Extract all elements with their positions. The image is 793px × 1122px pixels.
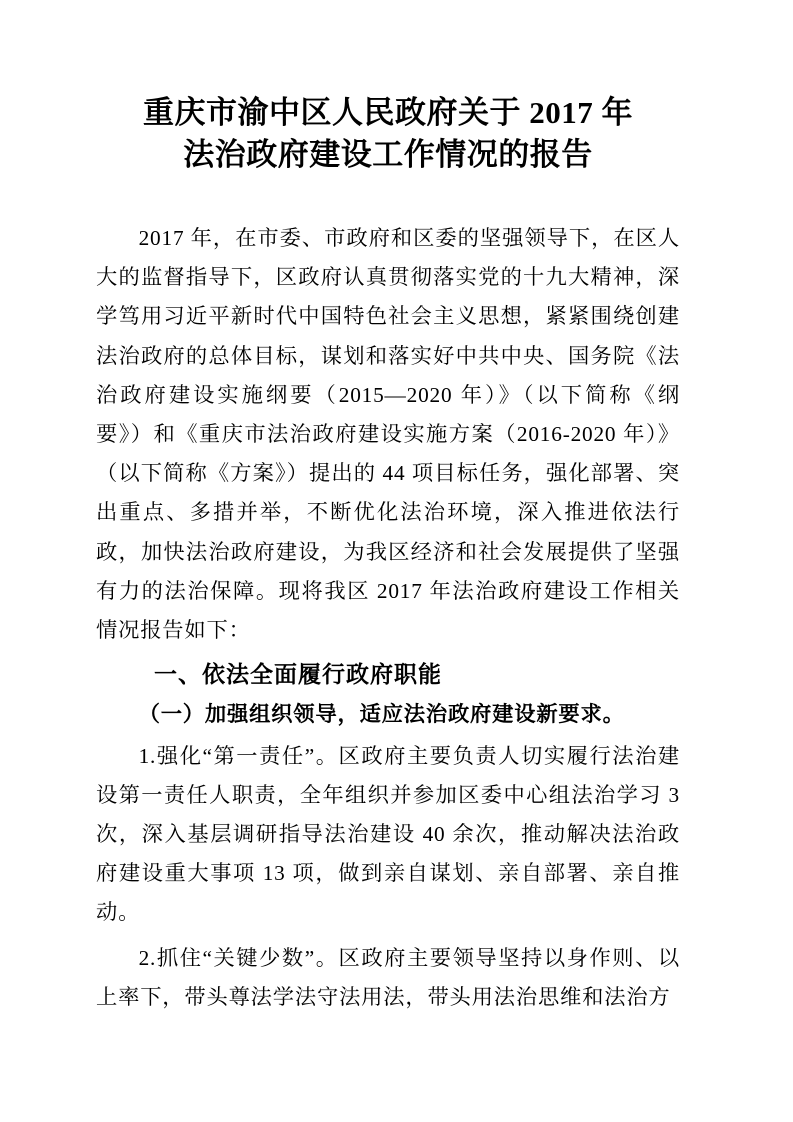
section-heading-1: 一、依法全面履行政府职能 <box>96 656 680 695</box>
document-page: 重庆市渝中区人民政府关于 2017 年 法治政府建设工作情况的报告 2017 年… <box>0 0 793 1122</box>
numbered-paragraph-2: 2.抓住“关键少数”。区政府主要领导坚持以身作则、以上率下，带头尊法学法守法用法… <box>96 939 680 1017</box>
subsection-heading-1: （一）加强组织领导，适应法治政府建设新要求。 <box>96 695 680 734</box>
document-body: 2017 年，在市委、市政府和区委的坚强领导下，在区人大的监督指导下，区政府认真… <box>96 219 680 1017</box>
title-line-1: 重庆市渝中区人民政府关于 2017 年 <box>96 92 680 134</box>
intro-paragraph: 2017 年，在市委、市政府和区委的坚强领导下，在区人大的监督指导下，区政府认真… <box>96 219 680 650</box>
numbered-paragraph-1: 1.强化“第一责任”。区政府主要负责人切实履行法治建设第一责任人职责，全年组织并… <box>96 737 680 933</box>
document-title: 重庆市渝中区人民政府关于 2017 年 法治政府建设工作情况的报告 <box>96 92 680 176</box>
title-line-2: 法治政府建设工作情况的报告 <box>96 134 680 176</box>
